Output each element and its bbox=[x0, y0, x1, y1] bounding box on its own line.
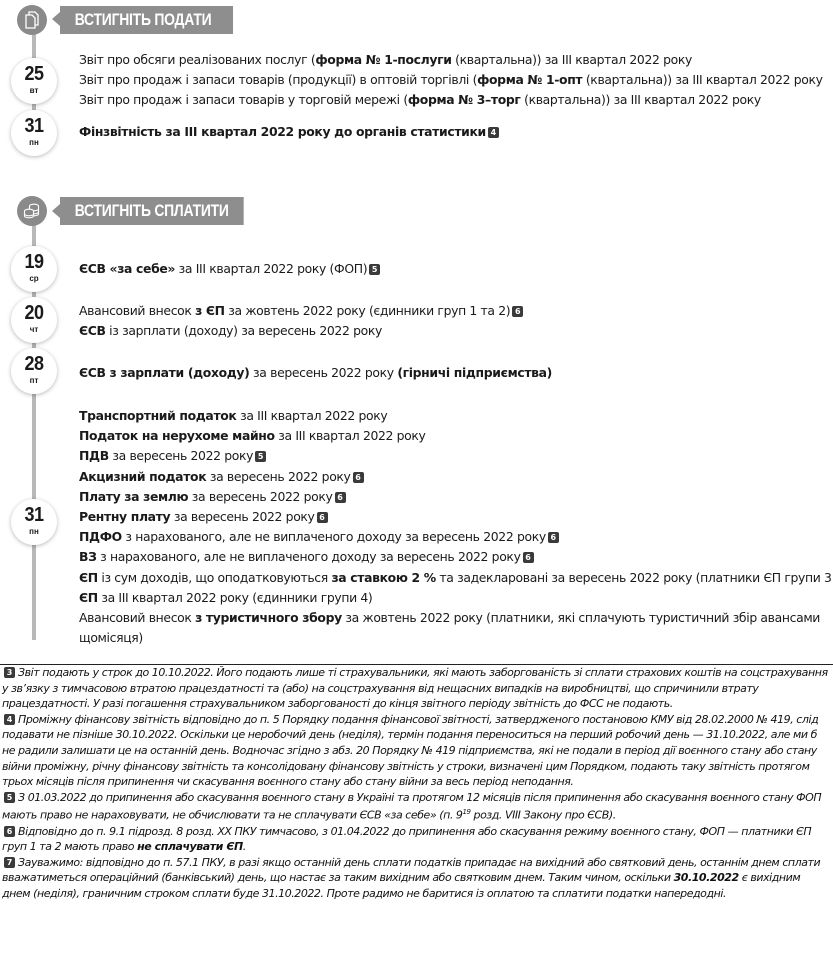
emphasis: за ставкою 2 % bbox=[331, 570, 435, 585]
section-icon-submit bbox=[17, 5, 47, 35]
footnote-ref-badge: 5 bbox=[369, 264, 380, 275]
weekday: пн bbox=[11, 527, 57, 537]
footnote-ref-badge: 4 bbox=[488, 127, 499, 138]
deadline-item: ПДВ за вересень 2022 року5 bbox=[79, 446, 266, 466]
footnote-ref-badge: 6 bbox=[548, 532, 559, 543]
footnote-ref-badge: 6 bbox=[4, 826, 15, 837]
deadline-item: ЄСВ з зарплати (доходу) за вересень 2022… bbox=[79, 363, 552, 383]
footnote-ref-badge: 5 bbox=[255, 451, 266, 462]
weekday: чт bbox=[11, 325, 57, 335]
deadline-item: ЄСВ із зарплати (доходу) за вересень 202… bbox=[79, 321, 382, 341]
day-number: 25 bbox=[13, 64, 54, 84]
deadline-item: ПДФО з нарахованого, але не виплаченого … bbox=[79, 527, 559, 547]
weekday: вт bbox=[11, 86, 57, 96]
deadline-item: ВЗ з нарахованого, але не виплаченого до… bbox=[79, 547, 534, 567]
deadline-item: Звіт про продаж і запаси товарів у торго… bbox=[79, 90, 761, 110]
emphasis: ЄСВ «за себе» bbox=[79, 261, 175, 276]
deadline-item: Авансовий внесок з туристичного збору за… bbox=[79, 608, 820, 628]
deadline-item: ЄСВ «за себе» за ІІІ квартал 2022 року (… bbox=[79, 259, 380, 279]
footnote-7: 7 Зауважимо: відповідно до п. 57.1 ПКУ, … bbox=[2, 855, 830, 902]
emphasis: не сплачувати ЄП bbox=[137, 840, 243, 853]
deadline-item: Авансовий внесок з ЄП за жовтень 2022 ро… bbox=[79, 301, 523, 321]
footnote-ref-badge: 6 bbox=[523, 552, 534, 563]
footnote-3: 3 Звіт подають у строк до 10.10.2022. Йо… bbox=[2, 665, 830, 712]
emphasis: Фінзвітність за ІІІ квартал 2022 року до… bbox=[79, 124, 486, 139]
day-number: 31 bbox=[13, 505, 54, 525]
day-badge: 25 вт bbox=[11, 58, 57, 104]
deadline-item: Плату за землю за вересень 2022 року6 bbox=[79, 487, 346, 507]
day-number: 19 bbox=[13, 252, 54, 272]
emphasis: Податок на нерухоме майно bbox=[79, 428, 275, 443]
section-icon-pay bbox=[17, 196, 47, 226]
day-badge: 20 чт bbox=[11, 297, 57, 343]
emphasis: Транспортний податок bbox=[79, 408, 237, 423]
emphasis: ПДФО bbox=[79, 529, 122, 544]
emphasis: ЄП bbox=[79, 590, 98, 605]
coins-icon bbox=[23, 202, 41, 220]
emphasis: ЄП bbox=[79, 570, 98, 585]
footnotes: 3 Звіт подають у строк до 10.10.2022. Йо… bbox=[2, 665, 830, 902]
day-badge: 31 пн bbox=[11, 110, 57, 156]
header-pointer bbox=[52, 12, 60, 26]
day-number: 28 bbox=[13, 354, 54, 374]
footnote-ref-badge: 6 bbox=[512, 306, 523, 317]
emphasis: з туристичного збору bbox=[195, 610, 342, 625]
emphasis: ПДВ bbox=[79, 448, 109, 463]
footnote-ref-badge: 6 bbox=[353, 472, 364, 483]
emphasis: (гірничі підприємства) bbox=[397, 365, 552, 380]
section-title-pay: ВСТИГНІТЬ СПЛАТИТИ bbox=[60, 197, 244, 225]
footnote-ref-badge: 4 bbox=[4, 714, 15, 725]
emphasis: ЄСВ bbox=[79, 323, 106, 338]
emphasis: ЄСВ з зарплати (доходу) bbox=[79, 365, 249, 380]
deadline-item: Рентну плату за вересень 2022 року6 bbox=[79, 507, 328, 527]
weekday: пт bbox=[11, 376, 57, 386]
emphasis: форма № 3–торг bbox=[408, 92, 521, 107]
deadline-item: Транспортний податок за ІІІ квартал 2022… bbox=[79, 406, 387, 426]
section-title-submit: ВСТИГНІТЬ ПОДАТИ bbox=[60, 6, 233, 34]
day-badge: 31 пн bbox=[11, 499, 57, 545]
footnote-4: 4 Проміжну фінансову звітність відповідн… bbox=[2, 712, 830, 790]
deadline-item: ЄП за ІІІ квартал 2022 року (єдинники гр… bbox=[79, 588, 372, 608]
footnote-6: 6 Відповідно до п. 9.1 підрозд. 8 розд. … bbox=[2, 824, 830, 855]
day-number: 20 bbox=[13, 303, 54, 323]
emphasis: Плату за землю bbox=[79, 489, 188, 504]
superscript: 19 bbox=[462, 808, 470, 816]
header-pointer bbox=[52, 204, 60, 218]
emphasis: форма № 1-опт bbox=[477, 72, 582, 87]
footnote-ref-badge: 6 bbox=[317, 512, 328, 523]
emphasis: Рентну плату bbox=[79, 509, 170, 524]
emphasis: ВЗ bbox=[79, 549, 97, 564]
emphasis: Акцизний податок bbox=[79, 469, 206, 484]
weekday: пн bbox=[11, 138, 57, 148]
day-badge: 28 пт bbox=[11, 348, 57, 394]
footnote-ref-badge: 3 bbox=[4, 667, 15, 678]
emphasis: з ЄП bbox=[195, 303, 225, 318]
deadline-item: щомісяця) bbox=[79, 628, 143, 648]
deadline-item: Акцизний податок за вересень 2022 року6 bbox=[79, 467, 364, 487]
deadline-item: Фінзвітність за ІІІ квартал 2022 року до… bbox=[79, 122, 499, 142]
footnote-ref-badge: 6 bbox=[335, 492, 346, 503]
footnote-ref-badge: 7 bbox=[4, 857, 15, 868]
footnote-ref-badge: 5 bbox=[4, 792, 15, 803]
day-badge: 19 ср bbox=[11, 246, 57, 292]
deadline-item: Звіт про обсяги реалізованих послуг (фор… bbox=[79, 50, 692, 70]
documents-icon bbox=[24, 11, 40, 29]
weekday: ср bbox=[11, 274, 57, 284]
deadline-item: Податок на нерухоме майно за ІІІ квартал… bbox=[79, 426, 426, 446]
emphasis: 30.10.2022 bbox=[674, 871, 739, 884]
deadline-item: Звіт про продаж і запаси товарів (продук… bbox=[79, 70, 823, 90]
day-number: 31 bbox=[13, 116, 54, 136]
deadline-item: ЄП із сум доходів, що оподатковуються за… bbox=[79, 568, 833, 588]
footnote-5: 5 З 01.03.2022 до припинення або скасува… bbox=[2, 790, 830, 824]
emphasis: форма № 1-послуги bbox=[315, 52, 451, 67]
